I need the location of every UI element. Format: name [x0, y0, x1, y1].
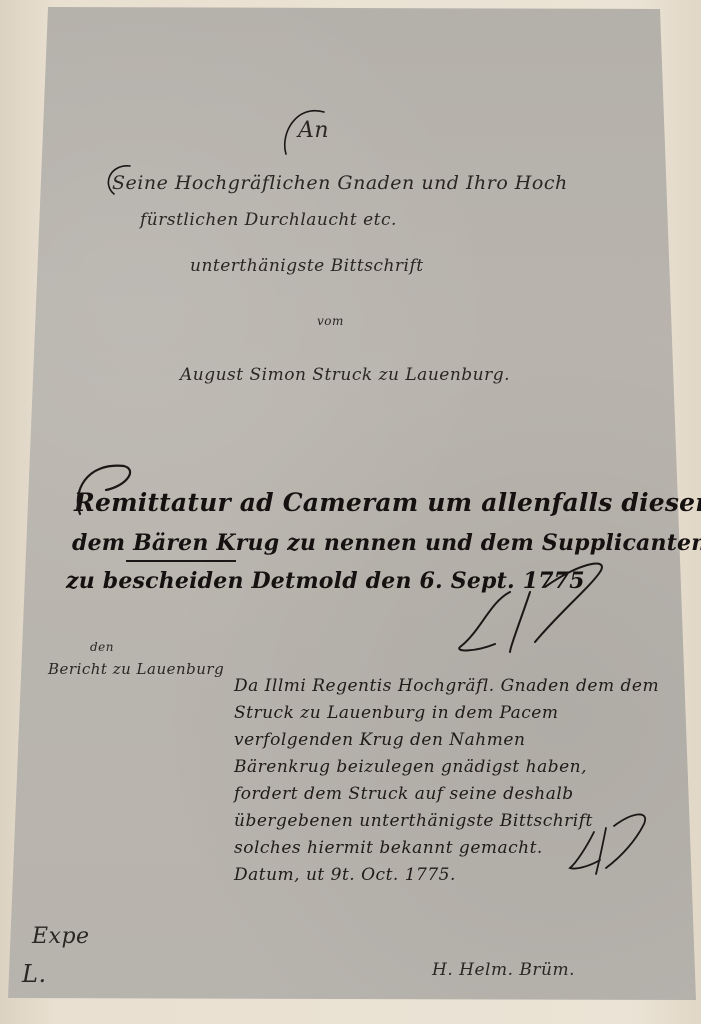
- address-line-3: unterthänigste Bittschrift: [190, 256, 424, 276]
- decree-line-7: solches hiermit bekannt gemacht.: [234, 838, 543, 858]
- decree-line-2: Struck zu Lauenburg in dem Pacem: [234, 703, 558, 723]
- address-line-2: fürstlichen Durchlaucht etc.: [140, 210, 397, 230]
- salutation-flourish-icon: [276, 104, 336, 164]
- address-from: vom: [317, 314, 344, 328]
- book-page: An Seine Hochgräflichen Gnaden und Ihro …: [0, 0, 701, 1024]
- decree-line-3: verfolgenden Krug den Nahmen: [234, 730, 525, 750]
- decree-line-4: Bärenkrug beizulegen gnädigst haben,: [234, 757, 587, 777]
- footer-left-note-line-1: Expe: [32, 924, 90, 949]
- decree-initials-signature-icon: [566, 808, 656, 878]
- margin-note-line-1: den: [90, 640, 114, 654]
- decree-line-8: Datum, ut 9t. Oct. 1775.: [234, 865, 456, 885]
- resolution-initials-signature-icon: [450, 552, 620, 662]
- decree-line-6: übergebenen unterthänigste Bittschrift: [234, 811, 593, 831]
- decree-line-1: Da Illmi Regentis Hochgräfl. Gnaden dem …: [234, 676, 659, 696]
- margin-note-line-2: Bericht zu Lauenburg: [48, 660, 224, 678]
- petitioner-name: August Simon Struck zu Lauenburg.: [180, 365, 510, 385]
- footer-right-signature: H. Helm. Brüm.: [432, 960, 575, 980]
- address-line-1: Seine Hochgräflichen Gnaden und Ihro Hoc…: [112, 172, 568, 194]
- underline-baerenkrug: [126, 560, 236, 562]
- decree-line-5: fordert dem Struck auf seine deshalb: [234, 784, 574, 804]
- footer-left-note-line-2: L.: [22, 960, 47, 988]
- address-initial-flourish-icon: [100, 160, 140, 200]
- resolution-line-1: Remittatur ad Cameram um allenfalls dies…: [74, 488, 701, 517]
- resolution-R-flourish-icon: [66, 456, 146, 526]
